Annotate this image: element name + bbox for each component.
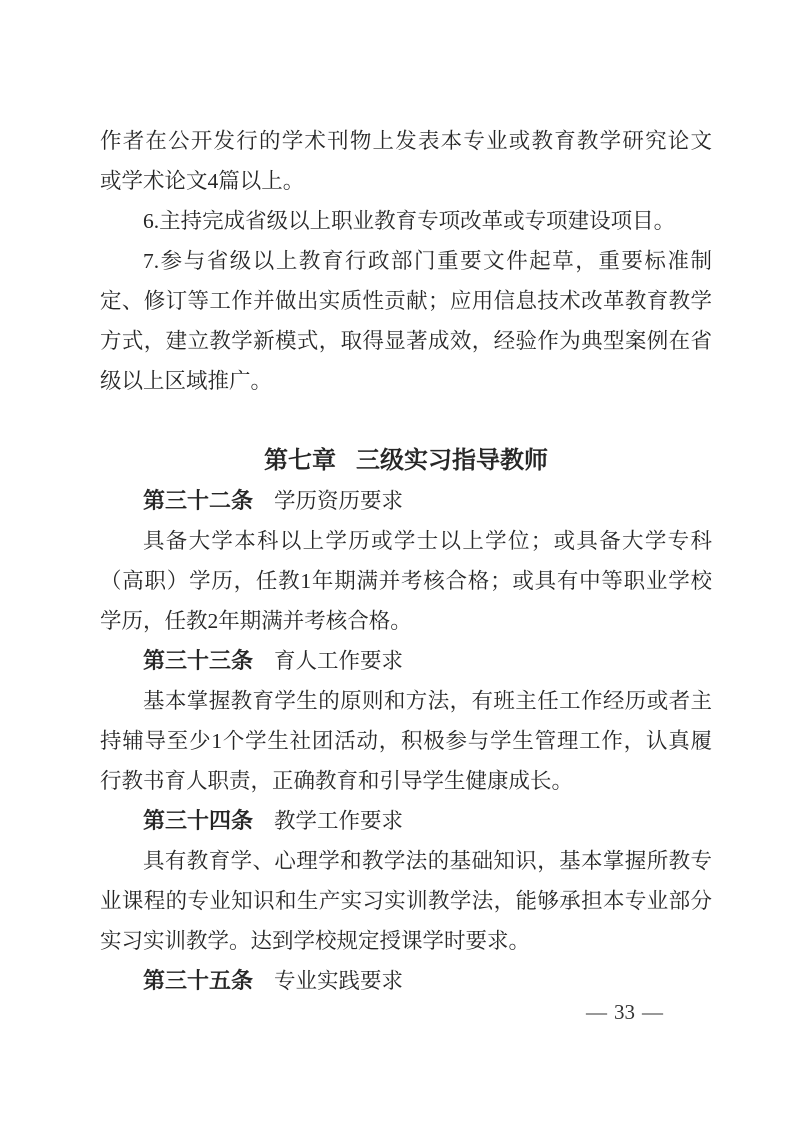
article-heading: 第三十五条专业实践要求	[100, 961, 712, 1001]
text-line: 具有教育学、心理学和教学法的基础知识，基本掌握所教专	[100, 841, 712, 881]
text-line: 实习实训教学。达到学校规定授课学时要求。	[100, 921, 712, 961]
text-line: 持辅导至少1个学生社团活动，积极参与学生管理工作，认真履	[100, 721, 712, 761]
article-heading: 第三十四条教学工作要求	[100, 801, 712, 841]
article-title: 教学工作要求	[274, 809, 403, 833]
text-line: 级以上区域推广。	[100, 361, 712, 401]
article-number: 第三十二条	[143, 488, 253, 513]
text-line: 或学术论文4篇以上。	[100, 161, 712, 201]
chapter-title: 三级实习指导教师	[356, 447, 548, 474]
article-number: 第三十四条	[143, 808, 253, 833]
article-number: 第三十五条	[143, 968, 253, 993]
text-line: 作者在公开发行的学术刊物上发表本专业或教育教学研究论文	[100, 121, 712, 161]
document-body: 作者在公开发行的学术刊物上发表本专业或教育教学研究论文 或学术论文4篇以上。 6…	[100, 121, 712, 1001]
list-item-6: 6.主持完成省级以上职业教育专项改革或专项建设项目。	[100, 201, 712, 241]
article-title: 育人工作要求	[274, 649, 403, 673]
page-number-dash-left: —	[586, 1000, 607, 1024]
text-line: 基本掌握教育学生的原则和方法，有班主任工作经历或者主	[100, 681, 712, 721]
text-line: 学历，任教2年期满并考核合格。	[100, 601, 712, 641]
text-line: 业课程的专业知识和生产实习实训教学法，能够承担本专业部分	[100, 881, 712, 921]
page-number: —33—	[586, 1000, 663, 1024]
chapter-number: 第七章	[264, 447, 336, 474]
article-number: 第三十三条	[143, 648, 253, 673]
article-heading: 第三十三条育人工作要求	[100, 641, 712, 681]
list-item-7: 7.参与省级以上教育行政部门重要文件起草，重要标准制	[100, 241, 712, 281]
page-number-value: 33	[614, 1000, 635, 1024]
article-title: 学历资历要求	[274, 489, 403, 513]
chapter-heading: 第七章三级实习指导教师	[100, 441, 712, 481]
article-title: 专业实践要求	[274, 969, 403, 993]
article-heading: 第三十二条学历资历要求	[100, 481, 712, 521]
text-line: 定、修订等工作并做出实质性贡献；应用信息技术改革教育教学	[100, 281, 712, 321]
page-number-dash-right: —	[642, 1000, 663, 1024]
text-line: 行教书育人职责，正确教育和引导学生健康成长。	[100, 761, 712, 801]
text-line: （高职）学历，任教1年期满并考核合格；或具有中等职业学校	[100, 561, 712, 601]
document-page: 作者在公开发行的学术刊物上发表本专业或教育教学研究论文 或学术论文4篇以上。 6…	[0, 0, 800, 1131]
text-line: 具备大学本科以上学历或学士以上学位；或具备大学专科	[100, 521, 712, 561]
text-line: 方式，建立教学新模式，取得显著成效，经验作为典型案例在省	[100, 321, 712, 361]
